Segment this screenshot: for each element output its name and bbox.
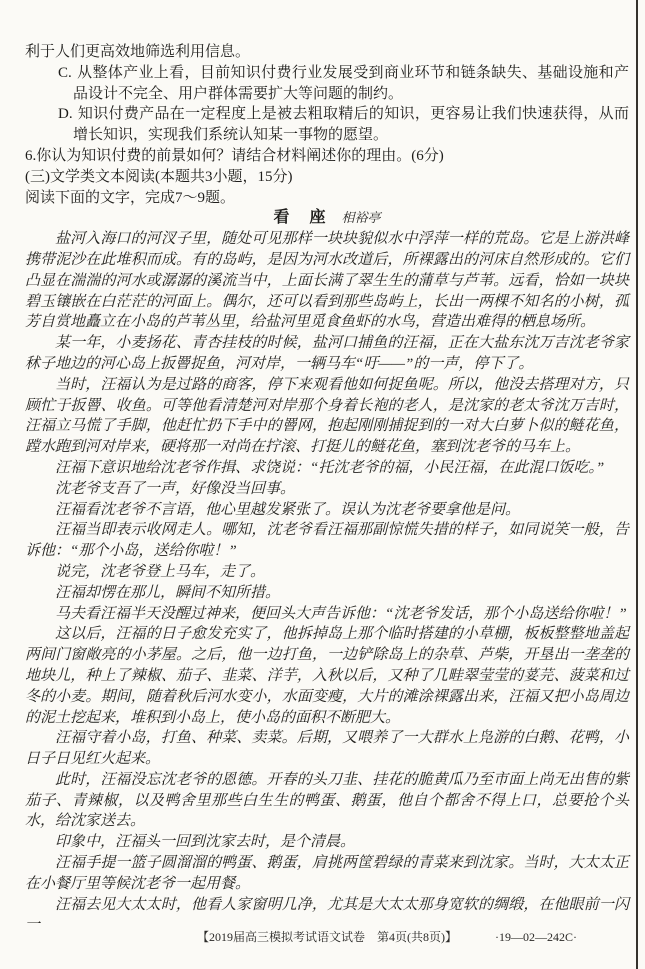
footer-title-page-number: 【2019届高三模拟考试语文试卷 第4页(共8页)】 xyxy=(197,930,457,944)
story-paragraph: 汪福守着小岛，打鱼、种菜、卖菜。后期，又喂养了一大群水上凫游的白鹅、花鸭，小日子… xyxy=(25,728,629,770)
reading-instruction: 阅读下面的文字，完成7～9题。 xyxy=(25,188,629,209)
page-content: 利于人们更高效地筛选利用信息。 C.从整体产业上看，目前知识付费行业发展受到商业… xyxy=(25,42,629,936)
story-paragraph: 汪福却愣在那儿，瞬间不知所措。 xyxy=(25,583,629,604)
story-paragraph: 这以后，汪福的日子愈发充实了，他拆掉岛上那个临时搭建的小草棚，板板整整地盖起两间… xyxy=(25,624,629,728)
story-title-line: 看 座相裕亭 xyxy=(25,208,629,229)
story-paragraph: 汪福当即表示收网走人。哪知，沈老爷看汪福那副惊慌失措的样子，如同说笑一般，告诉他… xyxy=(25,520,629,562)
option-d-text: 知识付费产品在一定程度上是被去粗取精后的知识，更容易让我们快速获得，从而增长知识… xyxy=(73,106,629,143)
story-paragraph: 马夫看汪福半天没醒过神来，便回头大声告诉他：“沈老爷发话，那个小岛送给你啦！” xyxy=(25,604,629,625)
option-c-text: 从整体产业上看，目前知识付费行业发展受到商业环节和链条缺失、基础设施和产品设计不… xyxy=(73,65,629,102)
question-6: 6.你认为知识付费的前景如何？请结合材料阐述你的理由。(6分) xyxy=(25,146,629,167)
scan-binding-line xyxy=(636,0,638,969)
story-paragraph: 印象中，汪福头一回到沈家去时，是个清晨。 xyxy=(25,832,629,853)
section-three-heading: (三)文学类文本阅读(本题共3小题，15分) xyxy=(25,167,629,188)
option-d-label: D. xyxy=(58,106,73,122)
exam-paper-page: 利于人们更高效地筛选利用信息。 C.从整体产业上看，目前知识付费行业发展受到商业… xyxy=(0,0,645,969)
footer-paper-code: ·19—02—242C· xyxy=(495,929,577,945)
story-paragraph: 某一年，小麦扬花、青杏挂枝的时候，盐河口捕鱼的汪福，正在大盐东沈万吉沈老爷家秫子… xyxy=(25,333,629,375)
option-c: C.从整体产业上看，目前知识付费行业发展受到商业环节和链条缺失、基础设施和产品设… xyxy=(25,63,629,105)
story-paragraph: 当时，汪福认为是过路的商客，停下来观看他如何捉鱼呢。所以，他没去搭理对方，只顾忙… xyxy=(25,375,629,458)
story-paragraph: 沈老爷支吾了一声，好像没当回事。 xyxy=(25,479,629,500)
story-paragraph: 盐河入海口的河汊子里，随处可见那样一块块貌似水中浮萍一样的荒岛。它是上游洪峰携带… xyxy=(25,229,629,333)
option-c-label: C. xyxy=(58,65,72,81)
story-body: 盐河入海口的河汊子里，随处可见那样一块块貌似水中浮萍一样的荒岛。它是上游洪峰携带… xyxy=(25,229,629,936)
story-paragraph: 说完，沈老爷登上马车，走了。 xyxy=(25,562,629,583)
story-paragraph: 此时，汪福没忘沈老爷的恩德。开春的头刀韭、挂花的脆黄瓜乃至市面上尚无出售的紫茄子… xyxy=(25,770,629,832)
reading-question-section: 利于人们更高效地筛选利用信息。 C.从整体产业上看，目前知识付费行业发展受到商业… xyxy=(25,42,629,208)
option-b-continuation: 利于人们更高效地筛选利用信息。 xyxy=(25,42,629,63)
option-d: D.知识付费产品在一定程度上是被去粗取精后的知识，更容易让我们快速获得，从而增长… xyxy=(25,104,629,146)
story-title: 看 座 xyxy=(273,209,327,226)
story-paragraph: 汪福手提一篮子圆溜溜的鸭蛋、鹅蛋，肩挑两筐碧绿的青菜来到沈家。当时，大太太正在小… xyxy=(25,853,629,895)
story-paragraph: 汪福下意识地给沈老爷作揖、求饶说：“托沈老爷的福，小民汪福，在此混口饭吃。” xyxy=(25,458,629,479)
page-footer: 【2019届高三模拟考试语文试卷 第4页(共8页)】 ·19—02—242C· xyxy=(25,929,629,945)
story-author: 相裕亭 xyxy=(342,210,381,225)
story-paragraph: 汪福看沈老爷不言语，他心里越发紧张了。误认为沈老爷要拿他是问。 xyxy=(25,500,629,521)
